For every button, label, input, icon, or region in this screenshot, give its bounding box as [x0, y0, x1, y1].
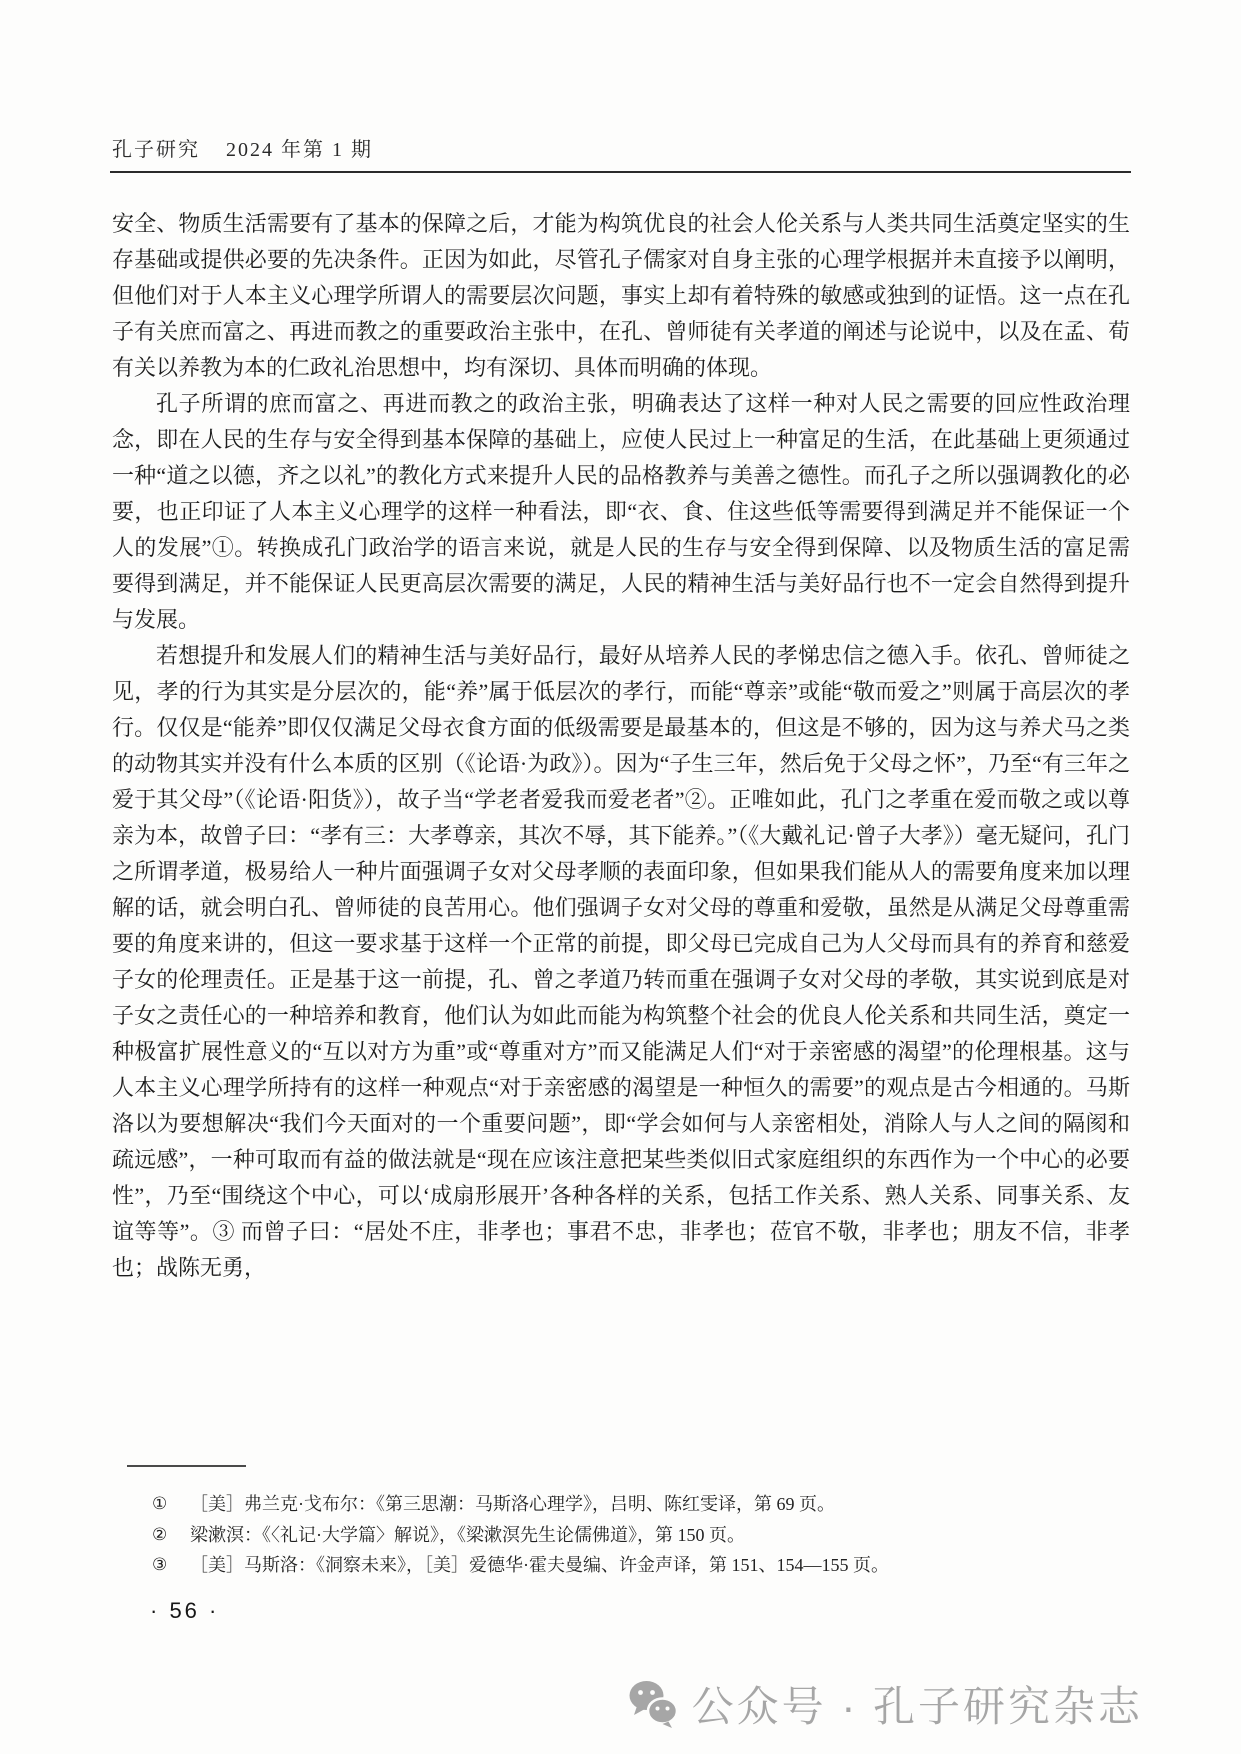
journal-page: 孔子研究2024 年第 1 期 安全、物质生活需要有了基本的保障之后，才能为构筑…: [0, 0, 1241, 1754]
footnote-rule: [127, 1465, 246, 1467]
page-header: 孔子研究2024 年第 1 期: [112, 133, 373, 162]
footnote-text: ［美］弗兰克·戈布尔：《第三思潮：马斯洛心理学》，吕明、陈红雯译，第 69 页。: [190, 1489, 1132, 1520]
paragraph: 安全、物质生活需要有了基本的保障之后，才能为构筑优良的社会人伦关系与人类共同生活…: [112, 206, 1130, 386]
footnote-item: ① ［美］弗兰克·戈布尔：《第三思潮：马斯洛心理学》，吕明、陈红雯译，第 69 …: [152, 1489, 1132, 1520]
page-number: · 56 ·: [150, 1598, 219, 1624]
wechat-icon: [628, 1680, 678, 1728]
footnote-item: ③ ［美］马斯洛：《洞察未来》，［美］爱德华·霍夫曼编、许金声译，第 151、1…: [152, 1550, 1132, 1581]
watermark-text: 公众号 · 孔子研究杂志: [692, 1674, 1143, 1734]
issue-label: 2024 年第 1 期: [226, 139, 373, 161]
footnote-item: ② 梁漱溟：《〈礼记·大学篇〉解说》，《梁漱溟先生论儒佛道》，第 150 页。: [152, 1520, 1132, 1551]
footnote-text: 梁漱溟：《〈礼记·大学篇〉解说》，《梁漱溟先生论儒佛道》，第 150 页。: [190, 1520, 1132, 1551]
footnote-text: ［美］马斯洛：《洞察未来》，［美］爱德华·霍夫曼编、许金声译，第 151、154…: [190, 1550, 1132, 1581]
paragraph: 若想提升和发展人们的精神生活与美好品行，最好从培养人民的孝悌忠信之德入手。依孔、…: [112, 638, 1130, 1286]
footnote-number: ②: [152, 1520, 176, 1551]
journal-title: 孔子研究: [112, 139, 200, 161]
footnote-number: ③: [152, 1550, 176, 1581]
footnote-number: ①: [152, 1489, 176, 1520]
header-rule: [110, 171, 1131, 173]
watermark: 公众号 · 孔子研究杂志: [628, 1674, 1143, 1734]
footnote-list: ① ［美］弗兰克·戈布尔：《第三思潮：马斯洛心理学》，吕明、陈红雯译，第 69 …: [152, 1489, 1132, 1581]
paragraph: 孔子所谓的庶而富之、再进而教之的政治主张，明确表达了这样一种对人民之需要的回应性…: [112, 386, 1130, 638]
article-body: 安全、物质生活需要有了基本的保障之后，才能为构筑优良的社会人伦关系与人类共同生活…: [112, 206, 1130, 1286]
